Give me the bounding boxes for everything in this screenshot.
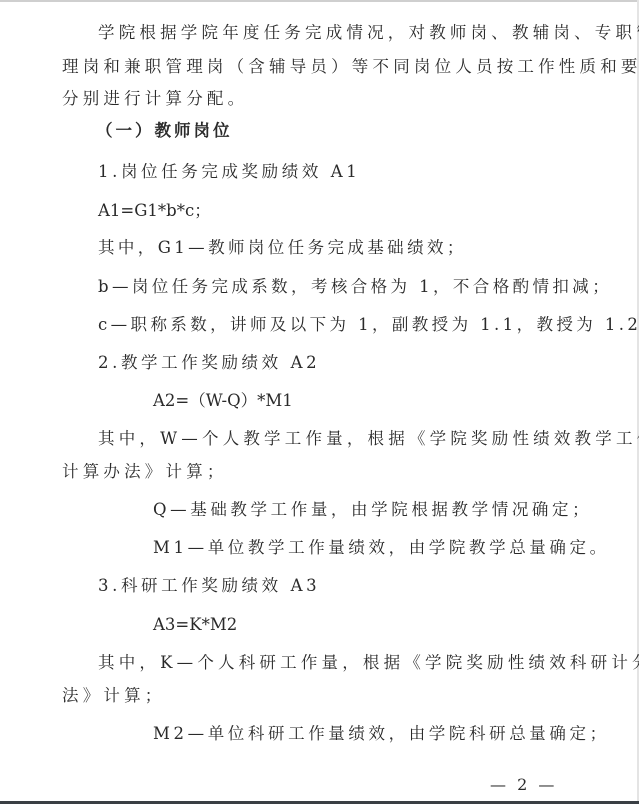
item-1-title: 1.岗位任务完成奖励绩效 A1 (98, 161, 360, 183)
intro-line-2: 理岗和兼职管理岗（含辅导员）等不同岗位人员按工作性质和要求 (62, 56, 639, 78)
item-1-note-3: c—职称系数，讲师及以下为 1，副教授为 1.1，教授为 1.2。 (98, 314, 639, 336)
intro-line-3: 分别进行计算分配。 (62, 88, 248, 110)
item-2-formula: A2=（W-Q）*M1 (153, 390, 293, 412)
item-1-note-1: 其中，G1—教师岗位任务完成基础绩效； (98, 237, 467, 259)
item-1-note-2: b—岗位任务完成系数，考核合格为 1，不合格酌情扣减； (98, 276, 612, 298)
item-2-note-2: 计算办法》计算； (62, 461, 228, 483)
page-number: — 2 — (490, 775, 557, 795)
item-3-note-1: 其中，K—个人科研工作量，根据《学院奖励性绩效科研计分办 (98, 652, 639, 674)
item-3-note-3: M2—单位科研工作量绩效，由学院科研总量确定； (153, 723, 610, 745)
intro-line-1: 学院根据学院年度任务完成情况，对教师岗、教辅岗、专职管 (98, 22, 639, 44)
item-3-formula: A3=K*M2 (153, 614, 237, 636)
section-heading: （一）教师岗位 (96, 120, 233, 142)
item-2-note-3: Q—基础教学工作量，由学院根据教学情况确定； (153, 499, 592, 521)
item-1-formula: A1=G1*b*c； (98, 200, 211, 222)
item-3-title: 3.科研工作奖励绩效 A3 (98, 575, 320, 597)
page-top-border (0, 0, 639, 2)
item-3-note-2: 法》计算； (62, 685, 166, 707)
item-2-note-1: 其中，W—个人教学工作量，根据《学院奖励性绩效教学工作量 (98, 428, 639, 450)
item-2-note-4: M1—单位教学工作量绩效，由学院教学总量确定。 (153, 537, 610, 559)
item-2-title: 2.教学工作奖励绩效 A2 (98, 352, 320, 374)
